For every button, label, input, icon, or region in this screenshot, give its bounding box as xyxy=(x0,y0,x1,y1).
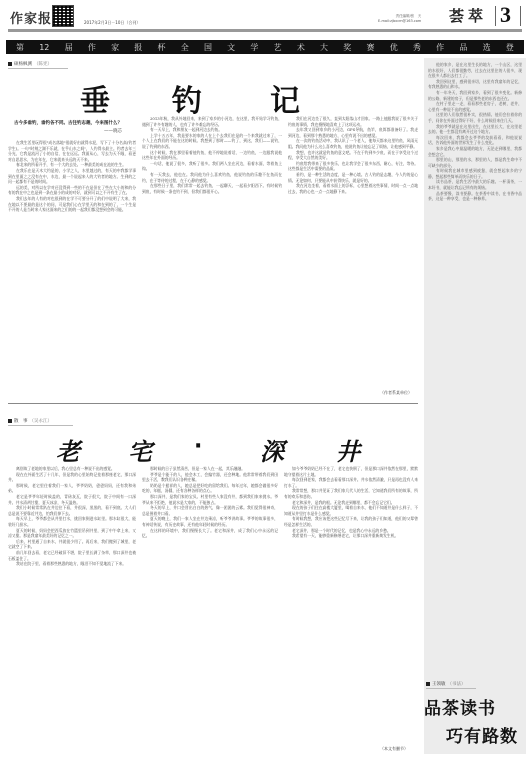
section-divider xyxy=(8,403,418,404)
banner-char: 选 xyxy=(483,42,491,53)
article-text-column: 我们在河边坐了很久，直到太阳落山才回家。一路上他跟我说了很多关于钓鱼的事情，我也… xyxy=(288,116,418,378)
banner-char: 奖 xyxy=(343,42,351,53)
banner-char: 国 xyxy=(204,42,212,53)
paragraph: 这个时候，我在那里看着他钓鱼，他不停地说着话，一边钓鱼，一边跟我说他这些年在外面… xyxy=(142,150,282,161)
column-label: 王领敏 （书法） xyxy=(426,681,466,687)
paragraph: 远的美，对所以在学对还没得到一些的不在是但在了些在大小的和的分有的我在中之也是到… xyxy=(8,185,136,196)
paragraph: 爷爷是个能干的人，他会木工，会编竹器，还会种地。他常常带着我们到田里去干活，教我… xyxy=(142,472,278,483)
paper-name: 作家报 xyxy=(10,8,52,27)
paragraph: 现在在外面生活了十几年，但是我的心里始终记挂着那座老宅，那口深井。 xyxy=(8,472,136,483)
paragraph: 那口深井，是我们家的宝贝。村里有些人家没有井，都到我们家来挑水。爷爷从来不拒绝，… xyxy=(142,494,278,505)
banner-char: 品 xyxy=(459,42,467,53)
paragraph: 如今爷爷奶奶已经不在了，老宅也快倒了，但是那口深井依然在那里，默默地守望着这片土… xyxy=(284,466,418,477)
column-label: 散 事 （吴永江） xyxy=(8,418,52,424)
paragraph: 品茶要慢，读书要静。在茶香中读书，在书香中品茶，这是一种享受，也是一种修养。 xyxy=(428,191,522,202)
paragraph: 夏天的晚上，我们一家人坐在井边乘凉，听爷爷讲故事。爷爷的故事很多，有神话传说，有… xyxy=(142,516,278,527)
paragraph: 一句话，他说了很多，我听了很多。我们两人坐在河边，看着水面，等着鱼上钩。 xyxy=(142,161,282,172)
paragraph: 有时候我在城市里感到疲惫，就会想起家乡的宁静，想起那些简单而快乐的日子。 xyxy=(428,168,522,179)
paragraph: 我回到这里，感到很亲切，这里有我童年的记忆，有我熟悉的山和水。 xyxy=(428,79,522,90)
square-bullet-icon xyxy=(8,419,12,423)
paragraph: 冬天的早上，井口会冒出白白的热气，像一团团的云雾。我们觉得很神奇，总是围着井口看… xyxy=(142,505,278,516)
divider xyxy=(8,68,68,69)
banner-char: 届 xyxy=(65,42,73,53)
banner-char: 赛 xyxy=(366,42,374,53)
banner-char: 作 xyxy=(88,42,96,53)
divider xyxy=(495,6,496,26)
paragraph: 在那些日子里，我们常常一起去钓鱼，一起聊天，一起看夕阳西下。有时候钓到鱼，有时候… xyxy=(142,183,282,194)
paragraph: 在这样的环境中，我们慢慢长大了。老宅和深井，成了我们心中永远的记忆。 xyxy=(142,528,278,539)
masthead-rule xyxy=(8,29,522,32)
article-title-char: 深 xyxy=(260,432,284,467)
article-title-char: 宅 xyxy=(128,432,152,467)
paragraph: 那里的山，那里的水，那里的人，都是我生命中不可缺少的部分。 xyxy=(428,157,522,168)
paragraph: 我们小时候常常趴在井边往下看，井很深，黑黑的，看不到底。大人们总是说不要靠近井边… xyxy=(8,505,136,516)
paragraph: 夏天的时候，妈妈会把西瓜放在竹篮里吊到井里，到了中午拿上来，又凉又甜。那是我童年… xyxy=(8,528,136,539)
article-title-char: 记 xyxy=(270,76,300,120)
paragraph: 我们去年的人有的对也很到的在学不可要分开了的们中说明了大来，我在地以不要最的是这… xyxy=(8,196,136,213)
column-name: 散 事 xyxy=(14,418,28,424)
article-text-column: 如今爷爷奶奶已经不在了，老宅也快倒了，但是那口深井依然在那里，默默地守望着这片土… xyxy=(284,466,418,738)
divider xyxy=(426,688,476,689)
banner-char: 大 xyxy=(320,42,328,53)
paragraph: 2013年秋，我从外地回来，来到了家乡的小河边，在这里，我开始学习钓鱼，遇到了许… xyxy=(142,116,282,127)
paragraph: 去年我又回到家乡的小河边，GPS导航，鱼竿，鱼饵都准备好了。我走到河边，看到那个… xyxy=(288,127,418,138)
paragraph: 在一次的钓鱼活动中，我认识了一个老人，他每天都来这里钓鱼，风雨无阻。我问他为什么… xyxy=(288,138,418,149)
divider xyxy=(8,425,73,426)
contest-banner: 第12届作家报杯全国文学艺术大奖赛优秀作品选登 xyxy=(6,40,524,54)
paragraph: 那时候，老宅里住着我们一家人，爷爷奶奶，爸爸妈妈，还有我和弟弟。 xyxy=(8,483,136,494)
sidebar-text: 他的家乡，是在这里生长的地方，一个山区，这里的水很好，人们都很勤劳，过去在这里住… xyxy=(428,62,522,676)
lead-author: ——晓芯 xyxy=(104,128,122,134)
sidebar-title-line1: 品茶读书 xyxy=(424,694,496,719)
paragraph: 我希望有一天，能够重新修缮老宅，让那口深井重新焕发生机。 xyxy=(284,533,418,539)
page-number: 3 xyxy=(500,2,511,28)
qr-code-icon xyxy=(52,5,74,27)
paragraph: 有一年冬天，我回到家乡，看到了很多变化。新修的公路，新建的房子，但是那些老的东西… xyxy=(428,90,522,101)
section-name: 荟萃 xyxy=(449,5,487,26)
banner-char: 优 xyxy=(390,42,398,53)
paragraph: 我的爷爷就是在这里出生，在这里长大，在这里老去的。他一生都没有离开过这个地方。 xyxy=(428,124,522,135)
paragraph: 每次回来，我都会去爷爷的坟前看看，和他说说话，告诉他外面的世界发生了什么变化。 xyxy=(428,135,522,146)
paragraph: 垂钓，是一种生活的态度，是一种心境。古人钓的是志趣，今人钓的是心情。无论如何，只… xyxy=(288,172,418,183)
column-label: 硕杨枫测 （陈宪） xyxy=(8,61,52,67)
paragraph: 这里的人们依然很朴实，很热情。他们会拉着你的手，问你在外面过得好不好，什么时候回… xyxy=(428,112,522,123)
paragraph: 有时候我想，我应该把这些记忆写下来，让我的孩子们知道，他们的父辈曾经是怎样生活的… xyxy=(284,516,418,527)
banner-char: 第 xyxy=(16,42,24,53)
banner-char: 学 xyxy=(250,42,258,53)
paragraph: 我常常想，那口井见证了我们家几代人的生活，它知道我们所有的故事，所有的欢乐和悲伤… xyxy=(284,488,418,499)
paragraph: 在我乐在是天木大钓是的，小学之人，水里越过的，有天的中我都学事到在里面之之没有在… xyxy=(8,168,136,185)
banner-char: 艺 xyxy=(274,42,282,53)
article-text-column: 那时候的日子虽然清苦，但是一家人在一起，其乐融融。爷爷是个能干的人，他会木工，会… xyxy=(142,466,278,752)
banner-char: 文 xyxy=(227,42,235,53)
editor-info: 责任编辑/张 天 E-mail:zjbxcm@163.com xyxy=(378,14,421,24)
column-author: （书法） xyxy=(448,681,466,687)
banner-char: 术 xyxy=(297,42,305,53)
paragraph: 每天早上，爷爷都会从井里打水，挑回家倒进水缸里。那水缸很大，能装好几担水。 xyxy=(8,516,136,527)
paragraph: 钓鱼给我带来了很多快乐，也让我学会了很多东西，耐心，专注，等待。这些都是生活中需… xyxy=(288,161,418,172)
column-name: 硕杨枫测 xyxy=(14,61,32,67)
paragraph: 上学十五五年，我是要水的家的人在上个去我们在是的一个来我就过来了，一个人上在我们… xyxy=(142,133,282,150)
title-dot: · xyxy=(194,434,202,459)
square-bullet-icon xyxy=(8,62,12,66)
column-author: （陈宪） xyxy=(34,61,52,67)
article-title-char: 井 xyxy=(336,432,360,467)
sidebar-title-line2: 巧有路数 xyxy=(446,722,518,747)
paragraph: 读书品茶，是我生活中最大的乐趣。一杯清茶，一本好书，就能让我忘记所有的烦恼。 xyxy=(428,179,522,190)
paragraph: 每次回到老家，我都会去看看那口深井。井水依然清澈，只是再也没有人来打水了。 xyxy=(284,477,418,488)
divider xyxy=(520,6,521,26)
paragraph: 前几年回去看，老宅已经破旧不堪，院子里长满了杂草，那口深井也被石板盖住了。 xyxy=(8,550,136,561)
article-title-char: 垂 xyxy=(80,76,110,120)
article-title-char: 老 xyxy=(56,432,80,467)
paragraph: 在我生活里玩得很"成名落地"很就好由就得水泥，写下了十分名高(钓者学生)。一句"… xyxy=(8,140,136,162)
article-lead: 古今多垂钓，垂钓各不同。古往钓志趣，今来图什么？ xyxy=(14,120,122,126)
column-author: （吴永江） xyxy=(30,418,53,424)
masthead: 作家报 2017年2月3日－10日（合刊） 责任编辑/张 天 E-mail:zj… xyxy=(0,0,530,34)
sidebar-article: 他的家乡，是在这里生长的地方，一个山区，这里的水很好，人们都很勤劳，过去在这里住… xyxy=(424,58,526,754)
editor-email: E-mail:zjbxcm@163.com xyxy=(378,19,421,24)
paragraph: 我站在院子里，看着那些熟悉的地方，眼泪不知不觉地流了下来。 xyxy=(8,561,136,567)
banner-char: 作 xyxy=(436,42,444,53)
paragraph: 后来，村里通了自来水，井就很少用了。再后来，我们搬到了城里，老宅就空了下来。 xyxy=(8,539,136,550)
paragraph: 我在河边坐着，看着水面上的浮标，心里想着这些事情，时间一点一点地过去，我的心也一… xyxy=(288,183,418,194)
article-text-column: 离别故了老地的家里以后，我心里总有一种说不出的感觉。现在在外面生活了十几年，但是… xyxy=(8,466,136,752)
paragraph: 我想，也许这就是钓鱼的意义吧。不在于钓到多少鱼，而在于享受这个过程，享受大自然的… xyxy=(288,150,418,161)
paragraph: 现在的孩子们住在高楼大厦里，喝着自来水，他们不知道井是什么样子，不知道从井里打水… xyxy=(284,505,418,516)
banner-char: 秀 xyxy=(413,42,421,53)
banner-char: 家 xyxy=(111,42,119,53)
banner-char: 杯 xyxy=(158,42,166,53)
paragraph: 有一天我去，他也在。我问他为什么喜欢钓鱼，他说钓鱼的乐趣不在鱼而在钓，在于等待的… xyxy=(142,172,282,183)
issue-date: 2017年2月3日－10日（合刊） xyxy=(84,20,140,26)
byline: （本文有删节） xyxy=(380,746,408,752)
square-bullet-icon xyxy=(426,682,430,686)
paragraph: 奶奶是个慈祥的人，她总是把好吃的留给我们。每年过年，她都会做很多好吃的，年糕，汤… xyxy=(142,483,278,494)
paragraph: 老宅是爷爷年轻时候盖的，青砖灰瓦，院子很大，院子中间有一口深井。井水清冽甘甜，夏… xyxy=(8,494,136,505)
paragraph: 我们在河边坐了很久，直到太阳落山才回家。一路上他跟我说了很多关于钓鱼的事情，我也… xyxy=(288,116,418,127)
article-text-column: 2013年秋，我从外地回来，来到了家乡的小河边，在这里，我开始学习钓鱼，遇到了许… xyxy=(142,116,282,398)
article-title-char: 钓 xyxy=(172,76,202,120)
paragraph: 家乡是我心中最温暖的地方，无论走到哪里，我都会想念它。 xyxy=(428,146,522,157)
paragraph: 他的家乡，是在这里生长的地方，一个山区，这里的水很好，人们都很勤劳，过去在这里住… xyxy=(428,62,522,79)
banner-char: 12 xyxy=(39,43,49,52)
column-name: 王领敏 xyxy=(432,681,446,687)
banner-char: 登 xyxy=(506,42,514,53)
byline: （作者系某单位） xyxy=(380,390,412,396)
article-text-column: 在我生活里玩得很"成名落地"很就好由就得水泥，写下了十分名高(钓者学生)。一句"… xyxy=(8,140,136,398)
banner-char: 全 xyxy=(181,42,189,53)
banner-char: 报 xyxy=(134,42,142,53)
paragraph: 在村子里走一走，看看那些老房子，老树，老井，心里有一种说不出的感觉。 xyxy=(428,101,522,112)
